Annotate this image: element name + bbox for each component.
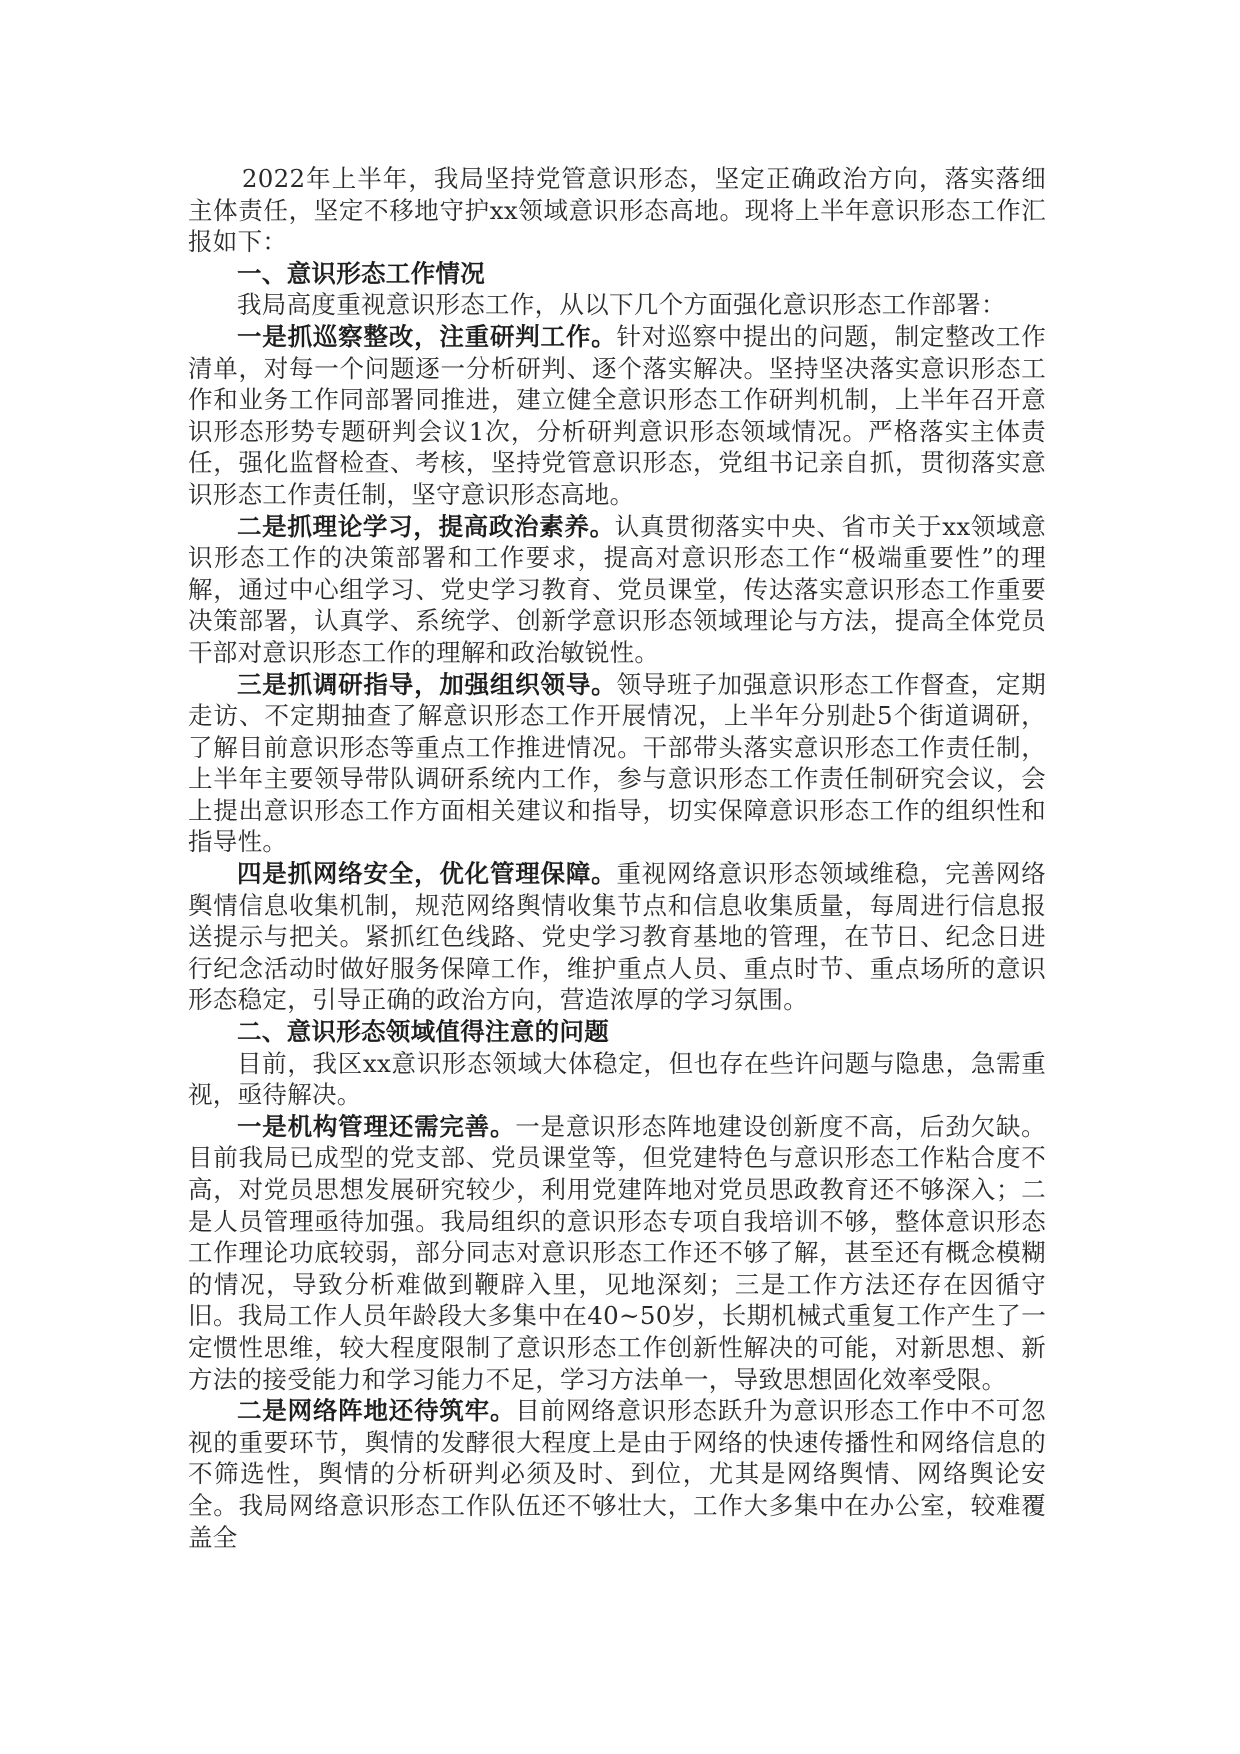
section-heading-1: 一、意识形态工作情况 <box>188 258 1046 290</box>
section-heading-2: 二、意识形态领域值得注意的问题 <box>188 1016 1046 1048</box>
section1-item-4: 四是抓网络安全，优化管理保障。重视网络意识形态领域维稳，完善网络舆情信息收集机制… <box>188 858 1046 1016</box>
item-body: 一是意识形态阵地建设创新度不高，后劲欠缺。目前我局已成型的党支部、党员课堂等，但… <box>188 1112 1046 1394</box>
section2-item-2: 二是网络阵地还待筑牢。目前网络意识形态跃升为意识形态工作中不可忽视的重要环节，舆… <box>188 1395 1046 1553</box>
section-intro-2: 目前，我区xx意识形态领域大体稳定，但也存在些许问题与隐患，急需重视，亟待解决。 <box>188 1048 1046 1111</box>
section-intro-1: 我局高度重视意识形态工作，从以下几个方面强化意识形态工作部署： <box>188 289 1046 321</box>
item-lead: 三是抓调研指导，加强组织领导。 <box>237 670 616 699</box>
item-lead: 二是网络阵地还待筑牢。 <box>237 1396 515 1425</box>
intro-paragraph: 2022年上半年，我局坚持党管意识形态，坚定正确政治方向，落实落细主体责任，坚定… <box>188 163 1046 258</box>
section1-item-1: 一是抓巡察整改，注重研判工作。针对巡察中提出的问题，制定整改工作清单，对每一个问… <box>188 321 1046 511</box>
item-lead: 二是抓理论学习，提高政治素养。 <box>237 512 615 541</box>
item-lead: 一是机构管理还需完善。 <box>237 1112 515 1141</box>
section1-item-3: 三是抓调研指导，加强组织领导。领导班子加强意识形态工作督查，定期走访、不定期抽查… <box>188 669 1046 859</box>
section2-item-1: 一是机构管理还需完善。一是意识形态阵地建设创新度不高，后劲欠缺。目前我局已成型的… <box>188 1111 1046 1395</box>
section1-item-2: 二是抓理论学习，提高政治素养。认真贯彻落实中央、省市关于xx领域意识形态工作的决… <box>188 511 1046 669</box>
item-lead: 一是抓巡察整改，注重研判工作。 <box>237 322 616 351</box>
document-page: 2022年上半年，我局坚持党管意识形态，坚定正确政治方向，落实落细主体责任，坚定… <box>188 163 1046 1553</box>
item-lead: 四是抓网络安全，优化管理保障。 <box>237 859 616 888</box>
